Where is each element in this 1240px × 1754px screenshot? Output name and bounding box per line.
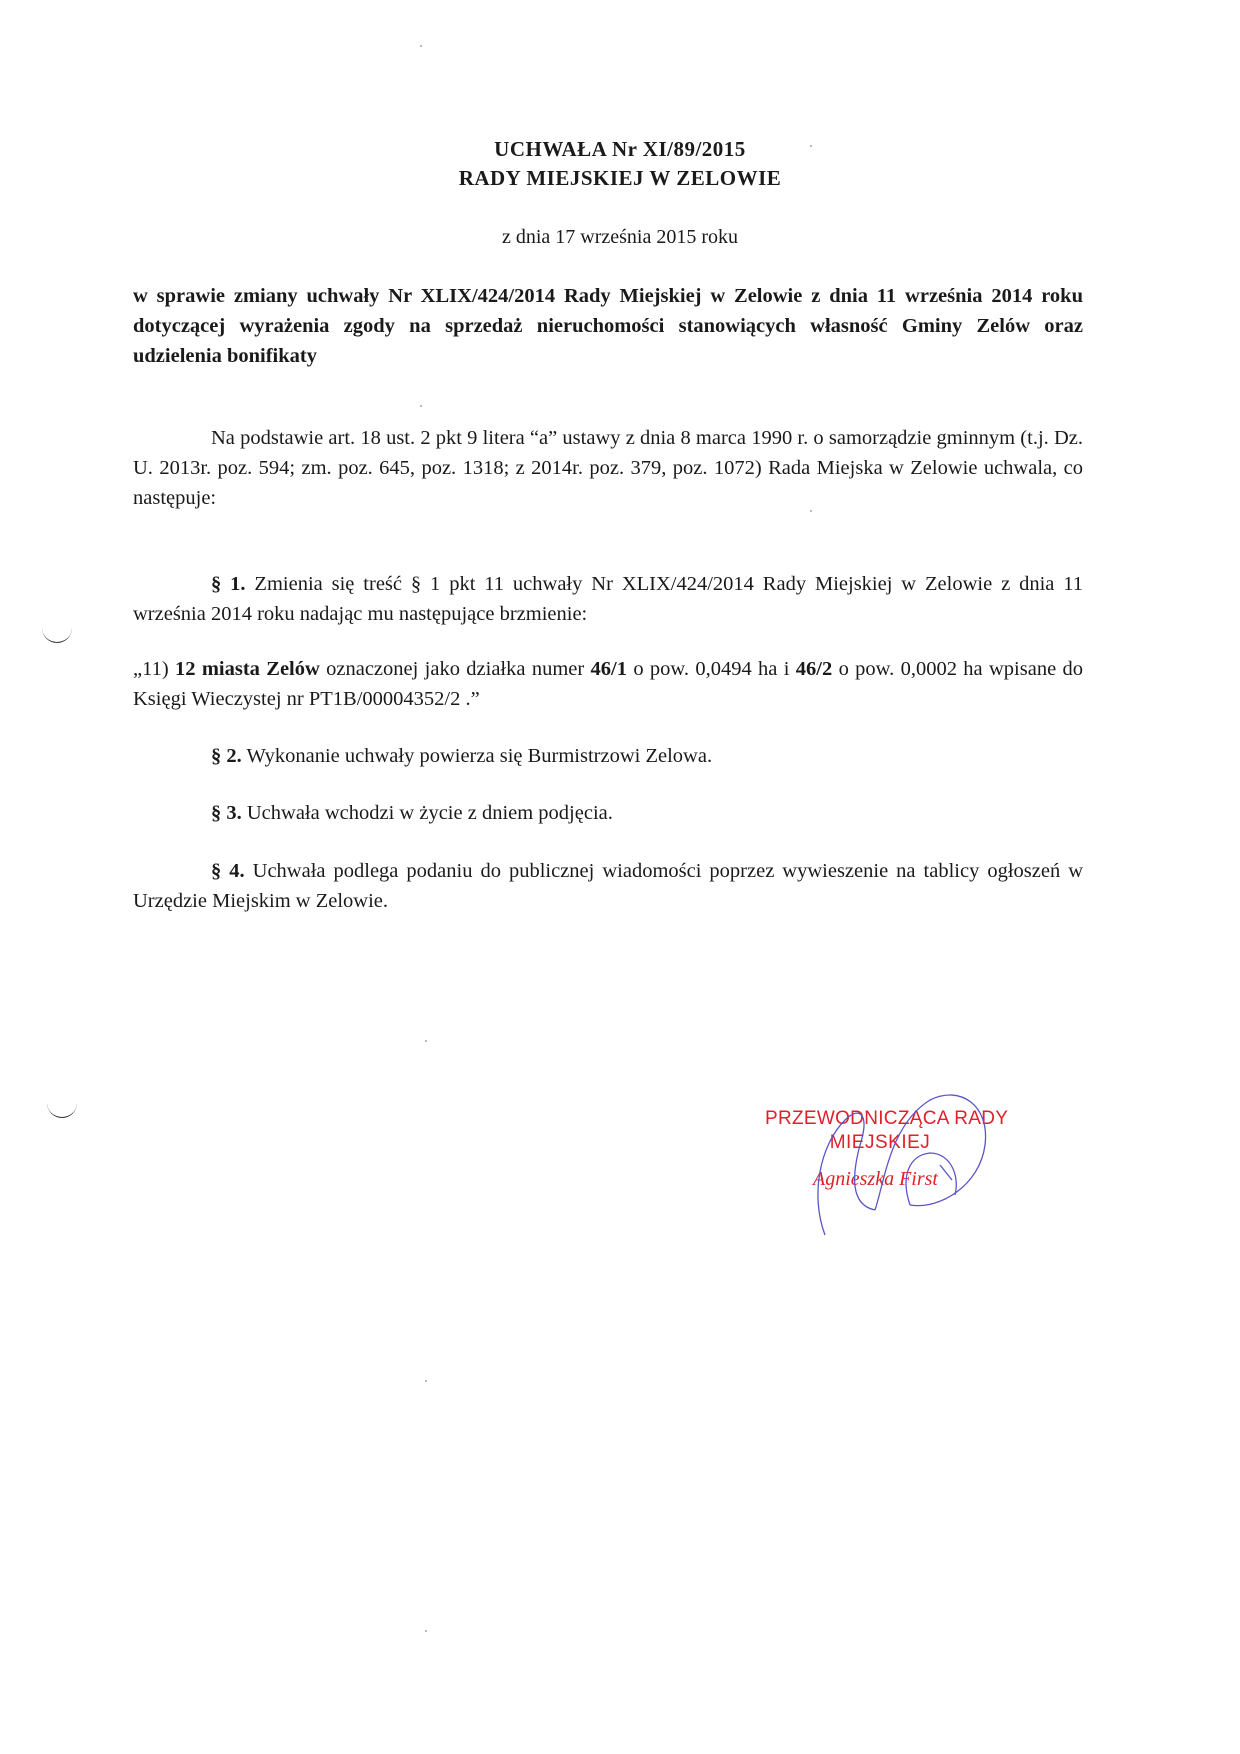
quote-text-2: o pow. 0,0494 ha i	[627, 658, 796, 680]
scan-speck	[810, 145, 812, 147]
signature-icon	[790, 1085, 1010, 1245]
legal-basis: Na podstawie art. 18 ust. 2 pkt 9 litera…	[133, 423, 1083, 513]
section-3-text: Uchwała wchodzi w życie z dniem podjęcia…	[242, 802, 613, 824]
resolution-date: z dnia 17 września 2015 roku	[0, 226, 1240, 249]
scan-speck	[420, 45, 422, 47]
section-2: § 2. Wykonanie uchwały powierza się Burm…	[133, 741, 1083, 771]
section-4: § 4. Uchwała podlega podaniu do publiczn…	[133, 856, 1083, 916]
scan-speck	[810, 510, 812, 512]
location-name: 12 miasta Zelów	[175, 658, 320, 680]
quote-open: „11)	[133, 658, 175, 680]
council-name: RADY MIEJSKIEJ W ZELOWIE	[0, 166, 1240, 191]
section-2-text: Wykonanie uchwały powierza się Burmistrz…	[242, 745, 712, 767]
punch-hole-mark	[47, 1103, 77, 1118]
amended-point-quote: „11) 12 miasta Zelów oznaczonej jako dzi…	[133, 654, 1083, 714]
section-2-label: § 2.	[211, 745, 242, 767]
scan-speck	[425, 1380, 427, 1382]
section-1-label: § 1.	[211, 573, 246, 595]
resolution-subject: w sprawie zmiany uchwały Nr XLIX/424/201…	[133, 281, 1083, 371]
quote-text-1: oznaczonej jako działka numer	[320, 658, 591, 680]
plot-number-2: 46/2	[796, 658, 832, 680]
section-1: § 1. Zmienia się treść § 1 pkt 11 uchwał…	[133, 569, 1083, 629]
punch-hole-mark	[42, 628, 72, 643]
scan-speck	[425, 1040, 427, 1042]
section-1-text: Zmienia się treść § 1 pkt 11 uchwały Nr …	[133, 573, 1083, 625]
section-3-label: § 3.	[211, 802, 242, 824]
scan-speck	[420, 405, 422, 407]
section-4-label: § 4.	[211, 860, 245, 882]
section-4-text: Uchwała podlega podaniu do publicznej wi…	[133, 860, 1083, 912]
section-3: § 3. Uchwała wchodzi w życie z dniem pod…	[133, 798, 1083, 828]
plot-number-1: 46/1	[591, 658, 627, 680]
scan-speck	[425, 1630, 427, 1632]
resolution-title: UCHWAŁA Nr XI/89/2015	[0, 137, 1240, 162]
